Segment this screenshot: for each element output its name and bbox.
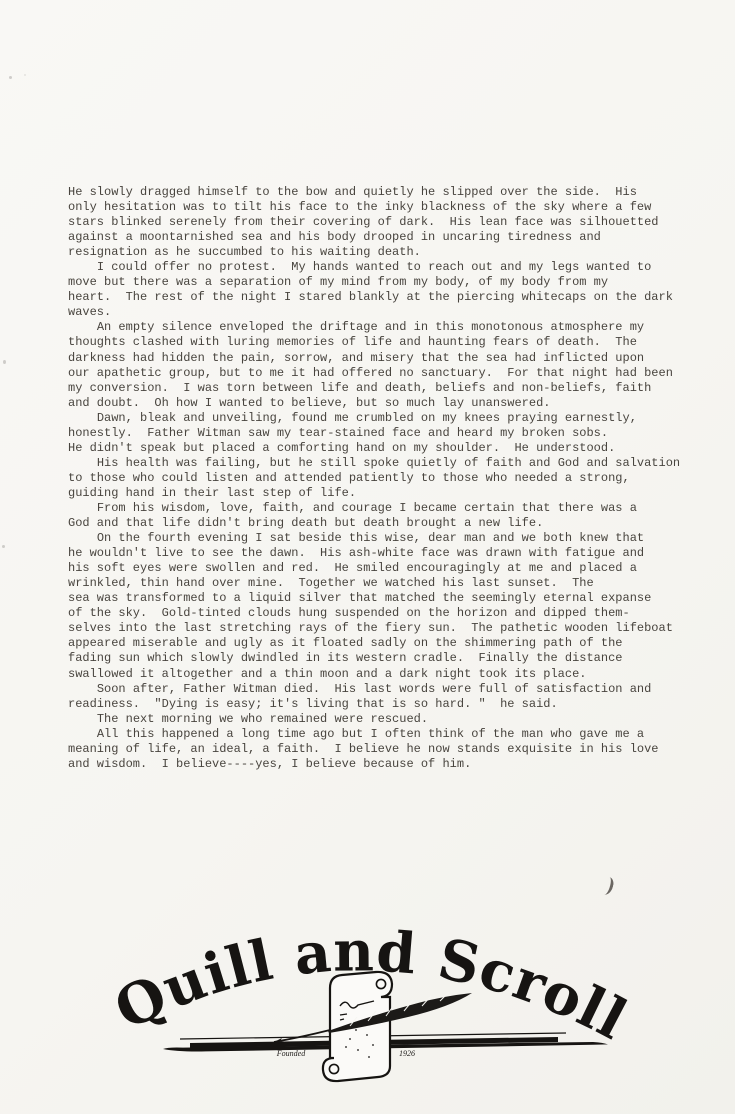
paragraph: All this happened a long time ago but I …	[68, 727, 693, 772]
founded-label: Founded	[276, 1049, 306, 1058]
paragraph: The next morning we who remained were re…	[68, 712, 693, 727]
paragraph: An empty silence enveloped the driftage …	[68, 320, 693, 410]
paper-speck	[24, 74, 26, 76]
paper-speck	[2, 545, 5, 548]
paragraph: Soon after, Father Witman died. His last…	[68, 682, 693, 712]
paragraph: Dawn, bleak and unveiling, found me crum…	[68, 411, 693, 456]
ink-smudge-mark	[601, 876, 615, 896]
paragraph: He slowly dragged himself to the bow and…	[68, 185, 693, 260]
story-text: He slowly dragged himself to the bow and…	[68, 185, 693, 772]
quill-and-scroll-logo: Quill and Scroll Founded 1926	[88, 918, 633, 1098]
paragraph: On the fourth evening I sat beside this …	[68, 531, 693, 681]
paper-speck	[9, 76, 12, 79]
paragraph: I could offer no protest. My hands wante…	[68, 260, 693, 320]
document-page: He slowly dragged himself to the bow and…	[0, 0, 735, 1114]
paragraph: His health was failing, but he still spo…	[68, 456, 693, 501]
paper-speck	[3, 360, 6, 364]
paragraph: From his wisdom, love, faith, and courag…	[68, 501, 693, 531]
founded-year: 1926	[399, 1049, 415, 1058]
